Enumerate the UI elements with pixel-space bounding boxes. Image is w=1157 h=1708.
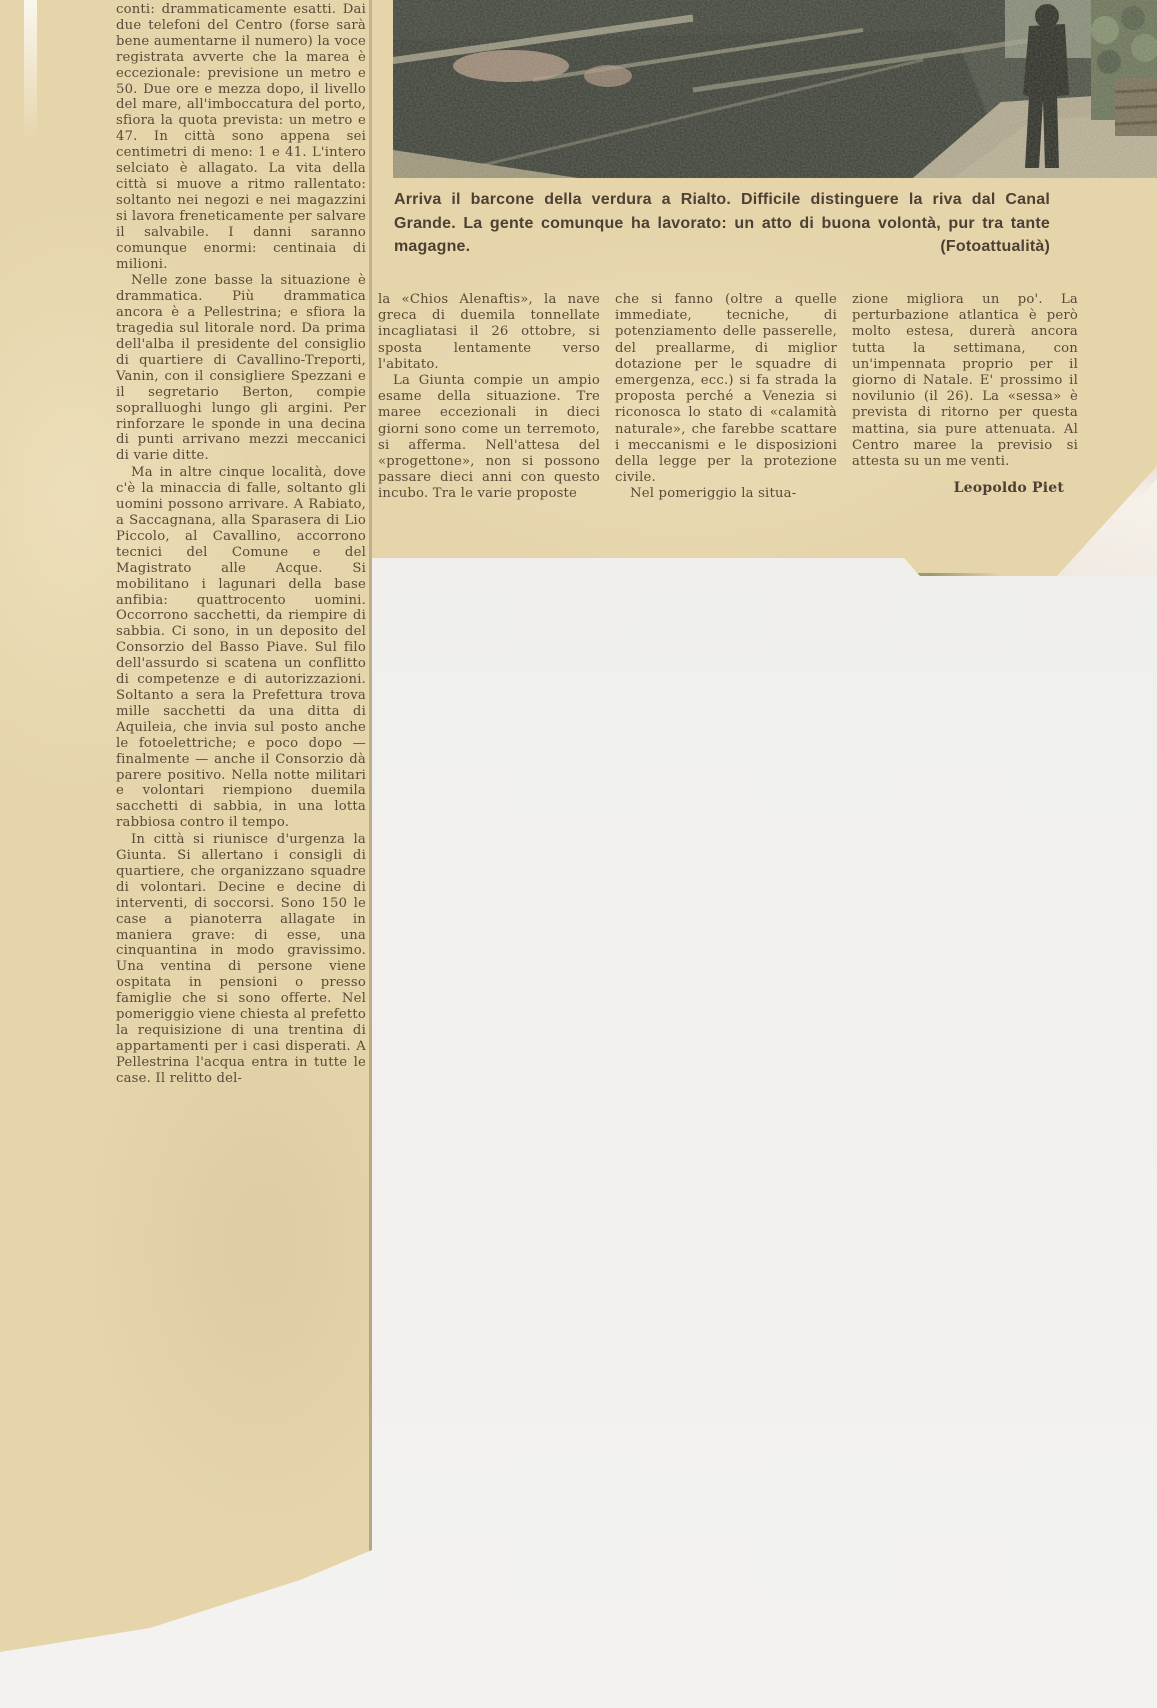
- newspaper-strip-left: conti: drammaticamente esatti. Dai due t…: [0, 0, 372, 1660]
- paragraph: conti: drammaticamente esatti. Dai due t…: [116, 2, 366, 272]
- article-columns: la «Chios Alenaftis», la nave greca di d…: [378, 292, 1148, 542]
- newspaper-clipping-main: Arriva il barcone della verdura a Rialto…: [372, 0, 1157, 576]
- paragraph: La Giunta compie un ampio esame della si…: [378, 373, 600, 503]
- article-column-2: che si fanno (oltre a quelle immediate, …: [615, 292, 837, 542]
- article-column-1: la «Chios Alenaftis», la nave greca di d…: [378, 292, 600, 542]
- paper-fold-highlight: [24, 0, 37, 140]
- paragraph: Nel pomeriggio la situa-: [615, 486, 837, 502]
- paragraph: Ma in altre cinque località, dove c'è la…: [116, 465, 366, 831]
- paragraph: la «Chios Alenaftis», la nave greca di d…: [378, 292, 600, 373]
- halftone-photo-illustration: [393, 0, 1157, 178]
- article-left-column: conti: drammaticamente esatti. Dai due t…: [116, 2, 366, 1087]
- photo-credit: (Fotoattualità): [750, 235, 1050, 259]
- article-photo: [393, 0, 1157, 178]
- article-column-3: zione migliora un po'. La perturbazione …: [852, 292, 1078, 542]
- paragraph: In città si riunisce d'urgenza la Giunta…: [116, 832, 366, 1087]
- paragraph: zione migliora un po'. La perturbazione …: [852, 292, 1078, 470]
- photo-caption: Arriva il barcone della verdura a Rialto…: [394, 188, 1050, 259]
- paragraph: Nelle zone basse la situazione è drammat…: [116, 273, 366, 464]
- paragraph: che si fanno (oltre a quelle immediate, …: [615, 292, 837, 486]
- byline: Leopoldo Piet: [852, 480, 1078, 496]
- paper-edge-shadow: [369, 0, 372, 1660]
